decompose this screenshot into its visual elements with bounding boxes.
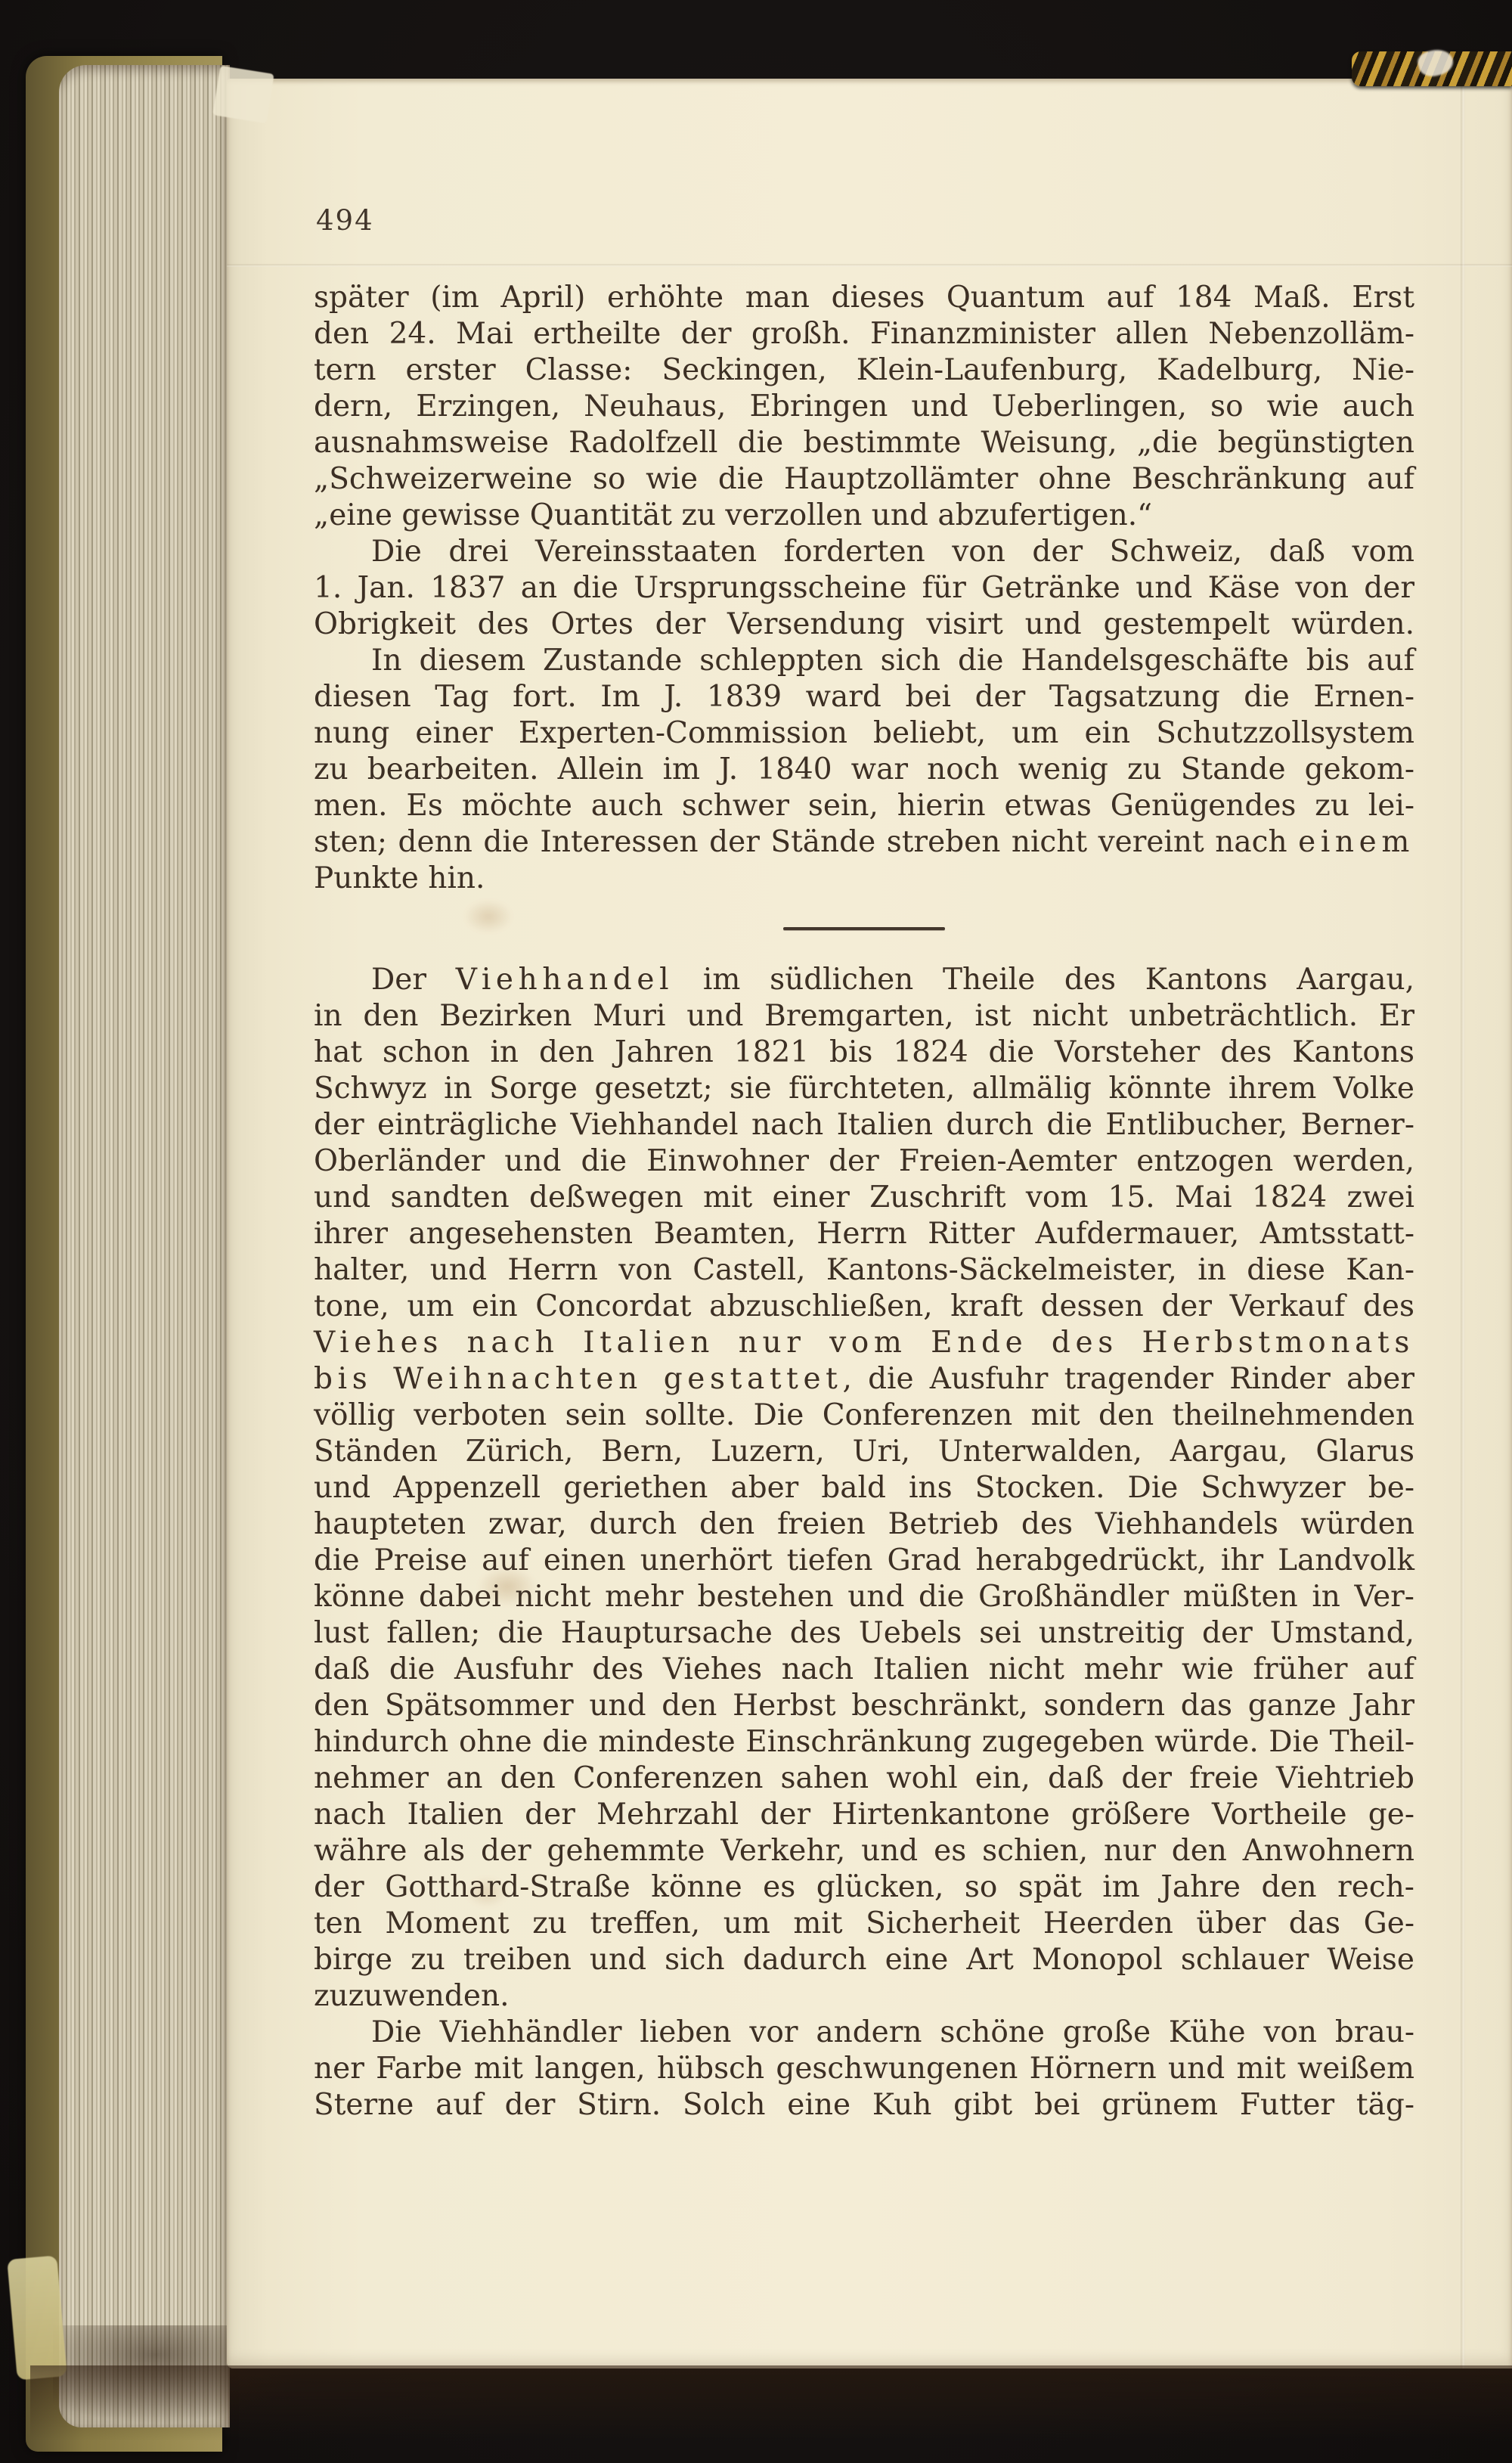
text-line: men. Es möchte auch schwer sein, hierin … bbox=[314, 788, 1414, 824]
text-line: bis Weihnachten gestattet, die Ausfuhr t… bbox=[314, 1361, 1414, 1397]
text-line: Obrigkeit des Ortes der Versendung visir… bbox=[314, 606, 1414, 643]
text-line: Der Viehhandel im südlichen Theile des K… bbox=[314, 962, 1414, 998]
photographed-book-scene: { "page": { "number": "494" }, "colors":… bbox=[0, 0, 1512, 2463]
text-line: der Gotthard-Straße könne es glücken, so… bbox=[314, 1869, 1414, 1906]
text-line: ner Farbe mit langen, hübsch geschwungen… bbox=[314, 2051, 1414, 2087]
text-line: diesen Tag fort. Im J. 1839 ward bei der… bbox=[314, 679, 1414, 715]
text-line: völlig verboten sein sollte. Die Confere… bbox=[314, 1397, 1414, 1434]
text-line: Ständen Zürich, Bern, Luzern, Uri, Unter… bbox=[314, 1434, 1414, 1470]
text-line: den Spätsommer und den Herbst beschränkt… bbox=[314, 1688, 1414, 1724]
text-line: zuzuwenden. bbox=[314, 1978, 1414, 2015]
text-line: Die drei Vereinsstaaten forderten von de… bbox=[314, 534, 1414, 570]
text-line: ausnahmsweise Radolfzell die bestimmte W… bbox=[314, 425, 1414, 461]
text-line: die Preise auf einen unerhört tiefen Gra… bbox=[314, 1543, 1414, 1579]
page-crease-vertical bbox=[1461, 79, 1465, 2368]
text-line: zu bearbeiten. Allein im J. 1840 war noc… bbox=[314, 752, 1414, 788]
text-line: tern erster Classe: Seckingen, Klein-Lau… bbox=[314, 352, 1414, 389]
paragraph: später (im April) erhöhte man dieses Qua… bbox=[314, 280, 1414, 534]
text-line: haupteten zwar, durch den freien Betrieb… bbox=[314, 1506, 1414, 1543]
text-line: Punkte hin. bbox=[314, 861, 1414, 897]
text-line: Viehes nach Italien nur vom Ende des Her… bbox=[314, 1325, 1414, 1361]
text-line: der einträgliche Viehhandel nach Italien… bbox=[314, 1107, 1414, 1143]
text-line: hat schon in den Jahren 1821 bis 1824 di… bbox=[314, 1035, 1414, 1071]
text-line: nehmer an den Conferenzen sahen wohl ein… bbox=[314, 1760, 1414, 1797]
emphasized-text: einem bbox=[1298, 825, 1414, 859]
text-line: lust fallen; die Hauptursache des Uebels… bbox=[314, 1615, 1414, 1652]
text-line: halter, und Herrn von Castell, Kantons-S… bbox=[314, 1252, 1414, 1289]
tape-fragment-bottom bbox=[7, 2255, 67, 2380]
text-line: „Schweizerweine so wie die Hauptzollämte… bbox=[314, 461, 1414, 498]
text-line: dern, Erzingen, Neuhaus, Ebringen und Ue… bbox=[314, 389, 1414, 425]
text-line: in den Bezirken Muri und Bremgarten, ist… bbox=[314, 998, 1414, 1035]
text-line: könne dabei nicht mehr bestehen und die … bbox=[314, 1579, 1414, 1615]
text-line: und sandten deßwegen mit einer Zuschrift… bbox=[314, 1180, 1414, 1216]
paragraph: Der Viehhandel im südlichen Theile des K… bbox=[314, 962, 1414, 2015]
text-line: hindurch ohne die mindeste Einschränkung… bbox=[314, 1724, 1414, 1760]
body-text: später (im April) erhöhte man dieses Qua… bbox=[314, 280, 1414, 2123]
paragraph: In diesem Zustande schleppten sich die H… bbox=[314, 643, 1414, 897]
text-line: währe als der gehemmte Verkehr, und es s… bbox=[314, 1833, 1414, 1869]
page-stack-edges bbox=[59, 65, 230, 2427]
page-bottom-shadow bbox=[30, 2365, 1512, 2441]
page-number: 494 bbox=[316, 204, 374, 237]
text-line: birge zu treiben und sich dadurch eine A… bbox=[314, 1942, 1414, 1978]
text-line: tone, um ein Concordat abzuschließen, kr… bbox=[314, 1289, 1414, 1325]
text-line: und Appenzell geriethen aber bald ins St… bbox=[314, 1470, 1414, 1506]
text-line: daß die Ausfuhr des Viehes nach Italien … bbox=[314, 1652, 1414, 1688]
text-line: den 24. Mai ertheilte der großh. Finanzm… bbox=[314, 316, 1414, 352]
paragraph: Die Viehhändler lieben vor andern schöne… bbox=[314, 2015, 1414, 2123]
paragraph: Die drei Vereinsstaaten forderten von de… bbox=[314, 534, 1414, 643]
text-line: „eine gewisse Quantität zu verzollen und… bbox=[314, 498, 1414, 534]
emphasized-text: bis Weihnachten gestattet bbox=[314, 1362, 842, 1396]
page-crease-horizontal bbox=[227, 264, 1512, 267]
text-line: In diesem Zustande schleppten sich die H… bbox=[314, 643, 1414, 679]
text-line: 1. Jan. 1837 an die Ursprungsscheine für… bbox=[314, 570, 1414, 606]
text-line: später (im April) erhöhte man dieses Qua… bbox=[314, 280, 1414, 316]
emphasized-text: Viehes nach Italien nur vom Ende des Her… bbox=[314, 1326, 1414, 1360]
text-line: nung einer Experten-Commission beliebt, … bbox=[314, 715, 1414, 752]
text-line: Die Viehhändler lieben vor andern schöne… bbox=[314, 2015, 1414, 2051]
text-line: Schwyz in Sorge gesetzt; sie fürchteten,… bbox=[314, 1071, 1414, 1107]
section-divider bbox=[783, 927, 945, 930]
text-line: nach Italien der Mehrzahl der Hirtenkant… bbox=[314, 1797, 1414, 1833]
text-line: sten; denn die Interessen der Stände str… bbox=[314, 824, 1414, 861]
text-line: Oberländer und die Einwohner der Freien-… bbox=[314, 1143, 1414, 1180]
text-line: ihrer angesehensten Beamten, Herrn Ritte… bbox=[314, 1216, 1414, 1252]
tape-fragment-top bbox=[212, 66, 274, 123]
emphasized-text: Viehhandel bbox=[456, 963, 674, 997]
text-line: ten Moment zu treffen, um mit Sicherheit… bbox=[314, 1906, 1414, 1942]
text-line: Sterne auf der Stirn. Solch eine Kuh gib… bbox=[314, 2087, 1414, 2123]
